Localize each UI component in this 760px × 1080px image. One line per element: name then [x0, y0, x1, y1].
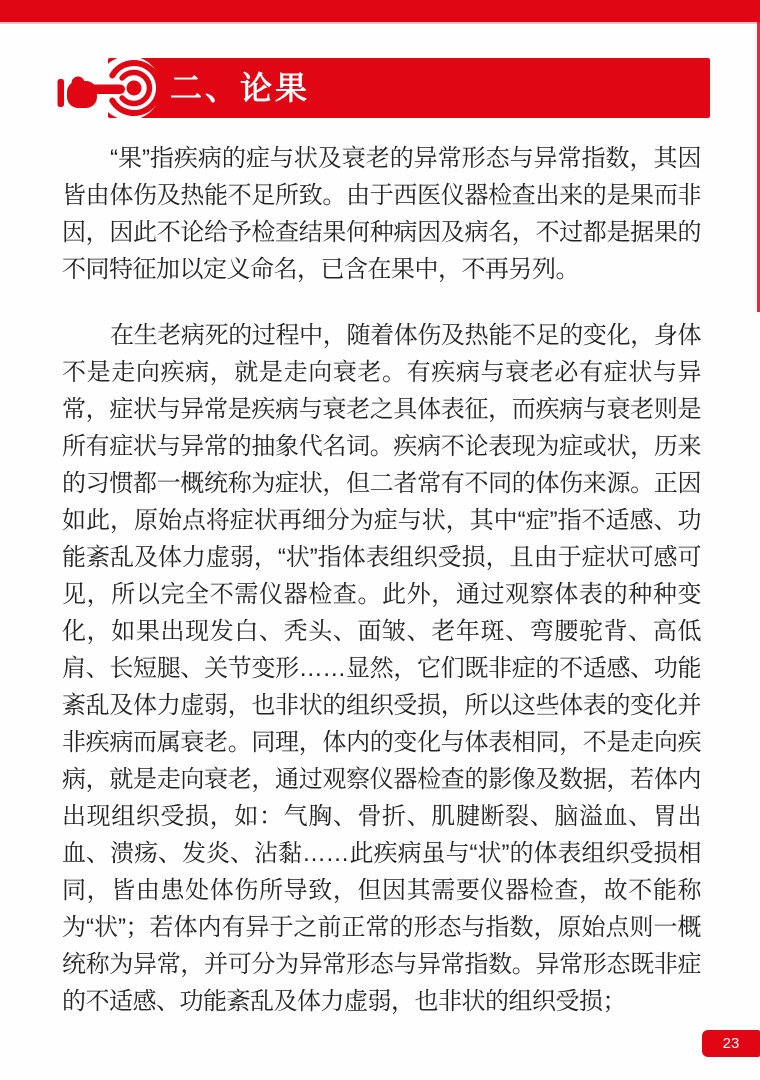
paragraph-1: “果”指疾病的症与状及衰老的异常形态与异常指数，其因皆由体伤及热能不足所致。由于…: [62, 140, 701, 288]
body-text: “果”指疾病的症与状及衰老的异常形态与异常指数，其因皆由体伤及热能不足所致。由于…: [62, 140, 701, 1020]
page-number-badge: 23: [702, 1030, 760, 1057]
page-number: 23: [723, 1035, 740, 1052]
paragraph-2: 在生老病死的过程中，随着体伤及热能不足的变化，身体不是走向疾病，就是走向衰老。有…: [62, 317, 701, 1020]
chapter-header: 二、论果: [57, 55, 710, 125]
pointing-hand-target-icon: [57, 55, 167, 125]
chapter-title: 二、论果: [170, 58, 310, 118]
top-red-bar: [0, 0, 760, 22]
